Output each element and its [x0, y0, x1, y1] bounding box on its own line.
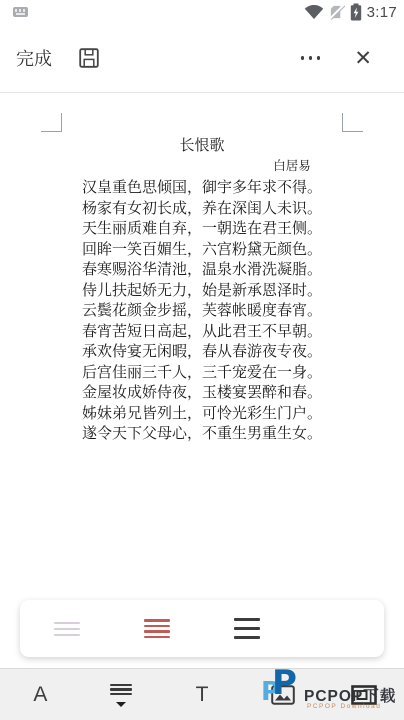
- poem-line: 春寒赐浴华清池，温泉水滑洗凝脂。: [0, 259, 404, 280]
- document-page[interactable]: 长恨歌 白居易 汉皇重色思倾国，御宇多年求不得。 杨家有女初长成，养在深闺人未识…: [0, 93, 404, 668]
- clock: 3:17: [367, 4, 397, 21]
- image-icon: [271, 685, 295, 705]
- font-tab[interactable]: A: [22, 683, 58, 707]
- poem-title: 长恨歌: [0, 134, 404, 155]
- poem-line: 杨家有女初长成，养在深闺人未识。: [0, 198, 404, 219]
- text-tab[interactable]: T: [184, 683, 220, 707]
- paragraph-tab[interactable]: [103, 682, 139, 708]
- poem-line: 春宵苦短日高起，从此君王不早朝。: [0, 321, 404, 342]
- poem-line: 金屋妆成娇侍夜，玉楼宴罢醉和春。: [0, 382, 404, 403]
- poem-line: 天生丽质难自弃，一朝选在君王侧。: [0, 218, 404, 239]
- font-icon: A: [33, 683, 47, 707]
- poem-line: 姊妹弟兄皆列土，可怜光彩生门户。: [0, 403, 404, 424]
- save-icon: [78, 47, 100, 69]
- poem-line: 侍儿扶起娇无力，始是新承恩泽时。: [0, 280, 404, 301]
- poem-line: 遂令天下父母心，不重生男重生女。: [0, 423, 404, 444]
- close-button[interactable]: ✕: [352, 46, 374, 71]
- margin-corner-left: [41, 113, 62, 132]
- text-icon: T: [196, 683, 209, 707]
- poem-line: 后宫佳丽三千人，三千宠爱在一身。: [0, 362, 404, 383]
- close-icon: ✕: [354, 47, 372, 70]
- spacing-medium-icon: [144, 619, 170, 622]
- spacing-large-option[interactable]: [227, 610, 267, 648]
- poem-line: 汉皇重色思倾国，御宇多年求不得。: [0, 177, 404, 198]
- no-sim-icon: [329, 4, 345, 20]
- spacing-large-icon: [234, 618, 260, 621]
- spacing-small-option[interactable]: [47, 610, 87, 648]
- status-bar: 3:17: [0, 0, 404, 24]
- poem-body: 汉皇重色思倾国，御宇多年求不得。 杨家有女初长成，养在深闺人未识。 天生丽质难自…: [0, 177, 404, 444]
- bottom-toolbar: A T: [0, 668, 404, 720]
- keyboard-icon: [13, 7, 28, 17]
- three-dots-icon: [301, 56, 305, 60]
- margin-corner-right: [342, 113, 363, 132]
- frame-icon: [351, 685, 377, 705]
- top-toolbar: 完成 ✕: [0, 24, 404, 92]
- paragraph-lines-icon: [110, 682, 132, 698]
- line-spacing-panel: [20, 600, 384, 657]
- frame-tab[interactable]: [346, 685, 382, 705]
- wifi-icon: [304, 4, 324, 20]
- more-options-button[interactable]: [299, 50, 323, 66]
- save-button[interactable]: [78, 47, 100, 69]
- image-tab[interactable]: [265, 685, 301, 705]
- spacing-small-icon: [54, 622, 80, 624]
- done-button[interactable]: 完成: [16, 45, 52, 71]
- caret-down-icon: [116, 702, 126, 707]
- app-screen: 3:17 完成 ✕ 长恨歌 白居易 汉皇重色思倾国，御宇多年求不得。 杨家有女初…: [0, 0, 404, 720]
- poem-line: 承欢侍宴无闲暇，春从春游夜专夜。: [0, 341, 404, 362]
- battery-charging-icon: [350, 3, 362, 21]
- poem-author: 白居易: [90, 156, 404, 174]
- poem-line: 回眸一笑百媚生，六宫粉黛无颜色。: [0, 239, 404, 260]
- spacing-medium-option-selected[interactable]: [137, 610, 177, 648]
- poem-line: 云鬓花颜金步摇，芙蓉帐暖度春宵。: [0, 300, 404, 321]
